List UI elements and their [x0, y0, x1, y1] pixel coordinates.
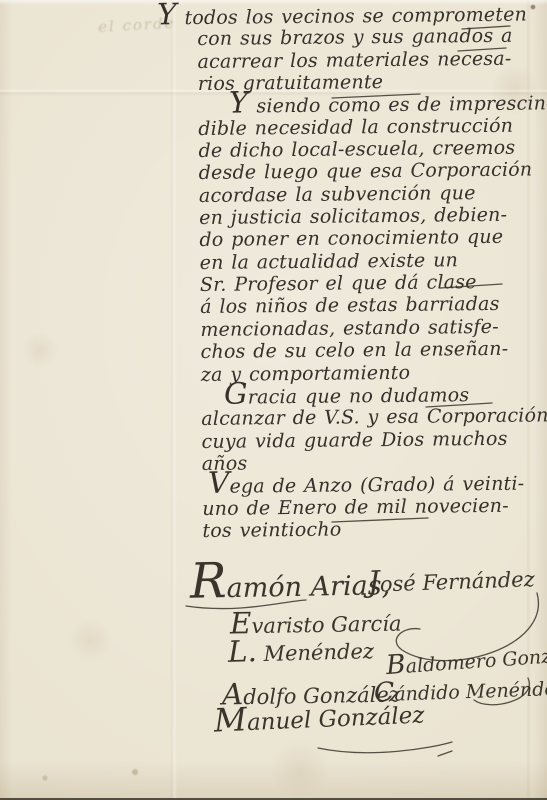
letter-body: Y todos los vecinos se comprometen con s… [197, 3, 533, 543]
signature-l-menendez: L. Menéndez [228, 639, 374, 667]
letter-line-2: con sus brazos y sus ganados a [197, 25, 527, 51]
signature-ramon-arias: Ramón Arias, [190, 564, 391, 604]
letter-line-22: Vega de Anzo (Grado) á veinti- [208, 472, 532, 498]
letter-line-8: desde luego que esa Corporación [199, 159, 529, 185]
letter-line-14: á los niños de estas barriadas [200, 293, 530, 319]
letter-line-24: tos veintiocho [202, 516, 532, 542]
letter-line-23: uno de Enero de mil novecien- [202, 494, 532, 520]
letter-line-11: do poner en conocimiento que [199, 226, 529, 252]
letter-line-16: chos de su celo en la enseñan- [201, 338, 531, 364]
letter-line-18: Gracia que no dudamos [224, 382, 531, 408]
letter-line-5: Y siendo como es de imprescin- [229, 92, 528, 117]
letter-line-20: cuya vida guarde Dios muchos [201, 427, 531, 453]
scanned-letter-page: el corde Y todos los vecinos se comprome… [0, 0, 547, 800]
letter-line-19: alcanzar de V.S. y esa Corporación [201, 405, 531, 431]
letter-line-3: acarrear los materiales necesa- [197, 47, 527, 73]
